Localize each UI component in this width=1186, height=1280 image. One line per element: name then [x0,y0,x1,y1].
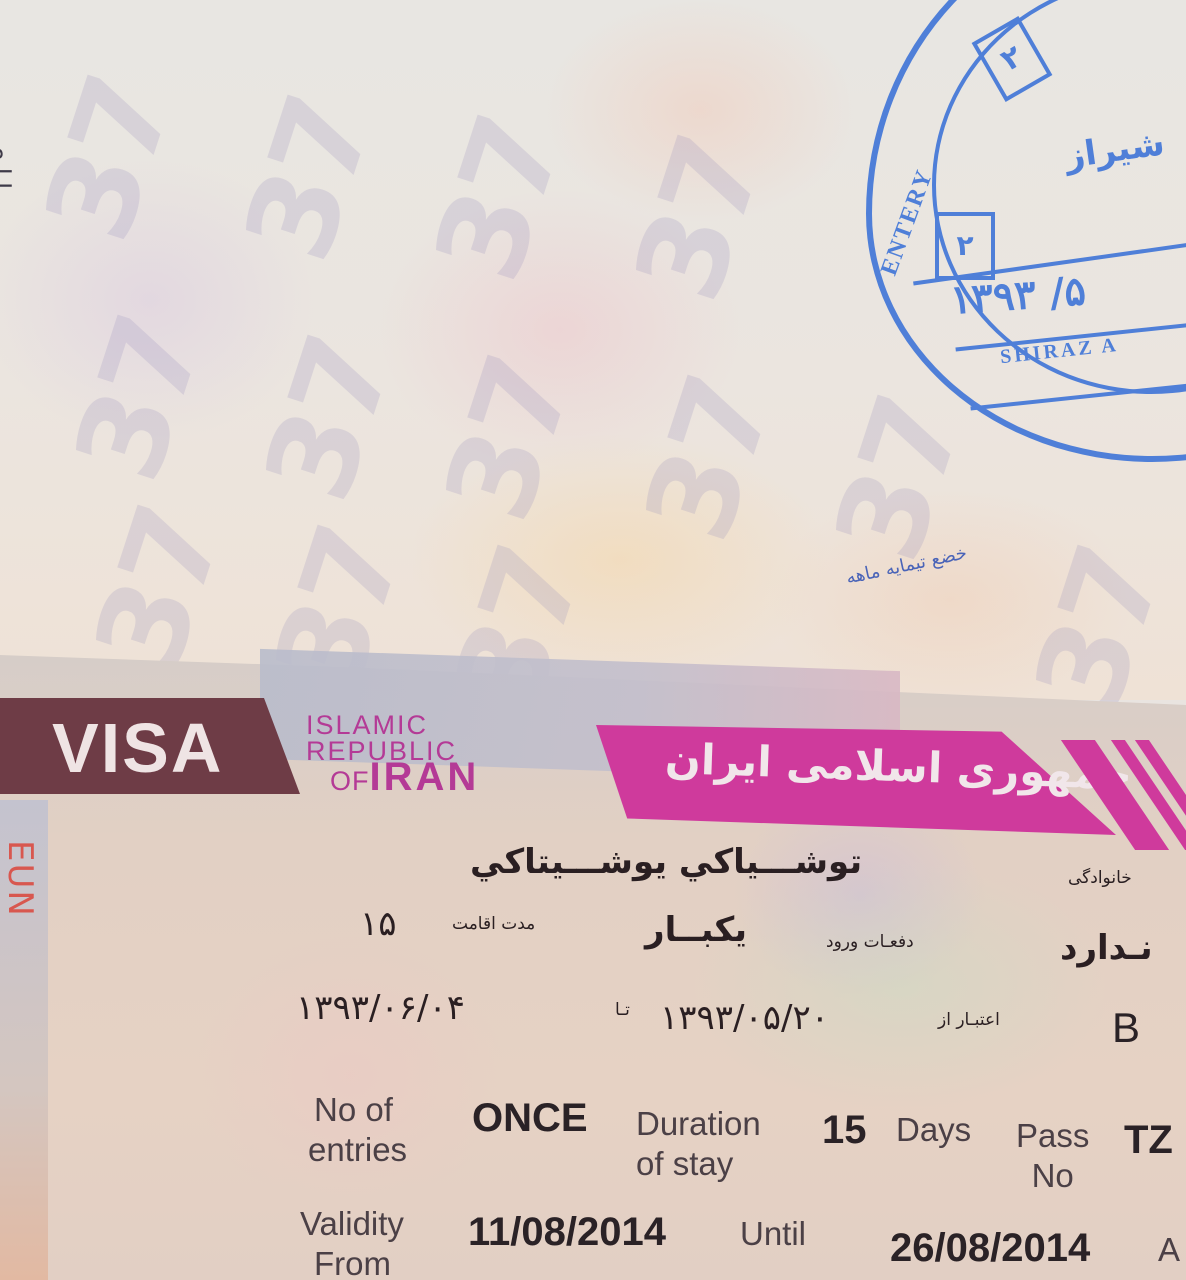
until-label-fa: تـا [615,1000,630,1020]
issuer-line-3: OFIRAN [306,764,479,794]
validity-label: Validity From [300,1204,404,1280]
stay-label: Duration of stay [636,1104,761,1184]
passport-number-partial: TZ [1124,1118,1173,1163]
stay-unit: Days [896,1110,971,1150]
stay-label-line2: of stay [636,1144,761,1184]
trailing-partial-text: A [1158,1230,1180,1270]
valid-until-fa: ۱۳۹۳/۰۶/۰۴ [296,988,465,1028]
entries-value-fa: یکبــار [645,910,747,950]
validity-label-line2: From [314,1244,404,1280]
stamp-inner-ring [932,0,1186,394]
stamp-left-box: ۲ [935,212,995,280]
validity-label-line1: Validity [300,1204,404,1244]
visa-serial-mark: EUN [0,840,40,918]
visa-type: B [1112,1004,1140,1052]
validity-from: 11/08/2014 [468,1210,666,1255]
issuing-country: ISLAMIC REPUBLIC OFIRAN [306,712,479,794]
stay-value-fa: ۱۵ [360,904,397,944]
entries-label-line1: No of [314,1090,407,1130]
stay-value: 15 [822,1108,867,1153]
visa-title: VISA [52,708,223,788]
family-name-value: توشـــياكي يوشـــيتاكي [470,842,862,882]
validity-until: 26/08/2014 [890,1226,1090,1271]
valid-from-fa: ۱۳۹۳/۰۵/۲۰ [660,998,829,1038]
family-name-label: خانوادگی [1068,868,1132,888]
stay-label-fa: مدت اقامت [452,914,535,934]
valid-from-label-fa: اعتبـار از [938,1010,1000,1030]
entries-label-line2: entries [308,1130,407,1170]
visa-title-block: VISA [0,698,300,794]
passport-label-line2: No [1016,1156,1089,1196]
page-edge-marks: ا ا ی [0,140,16,270]
issuer-country: IRAN [370,755,480,799]
until-label: Until [740,1214,806,1254]
issuer-line-1: ISLAMIC [306,712,479,738]
passport-label: Pass No [1016,1116,1089,1196]
entries-label: No of entries [314,1090,407,1170]
passport-label-line1: Pass [1016,1116,1089,1156]
stamp-date: ۱۳۹۳ /۵ [949,267,1088,323]
entries-label-fa: دفعـات ورود [826,932,914,952]
entries-value: ONCE [472,1096,588,1141]
stay-label-line1: Duration [636,1104,761,1144]
companion-value-fa: نـدارد [1060,928,1153,968]
issuer-of: OF [330,766,370,796]
